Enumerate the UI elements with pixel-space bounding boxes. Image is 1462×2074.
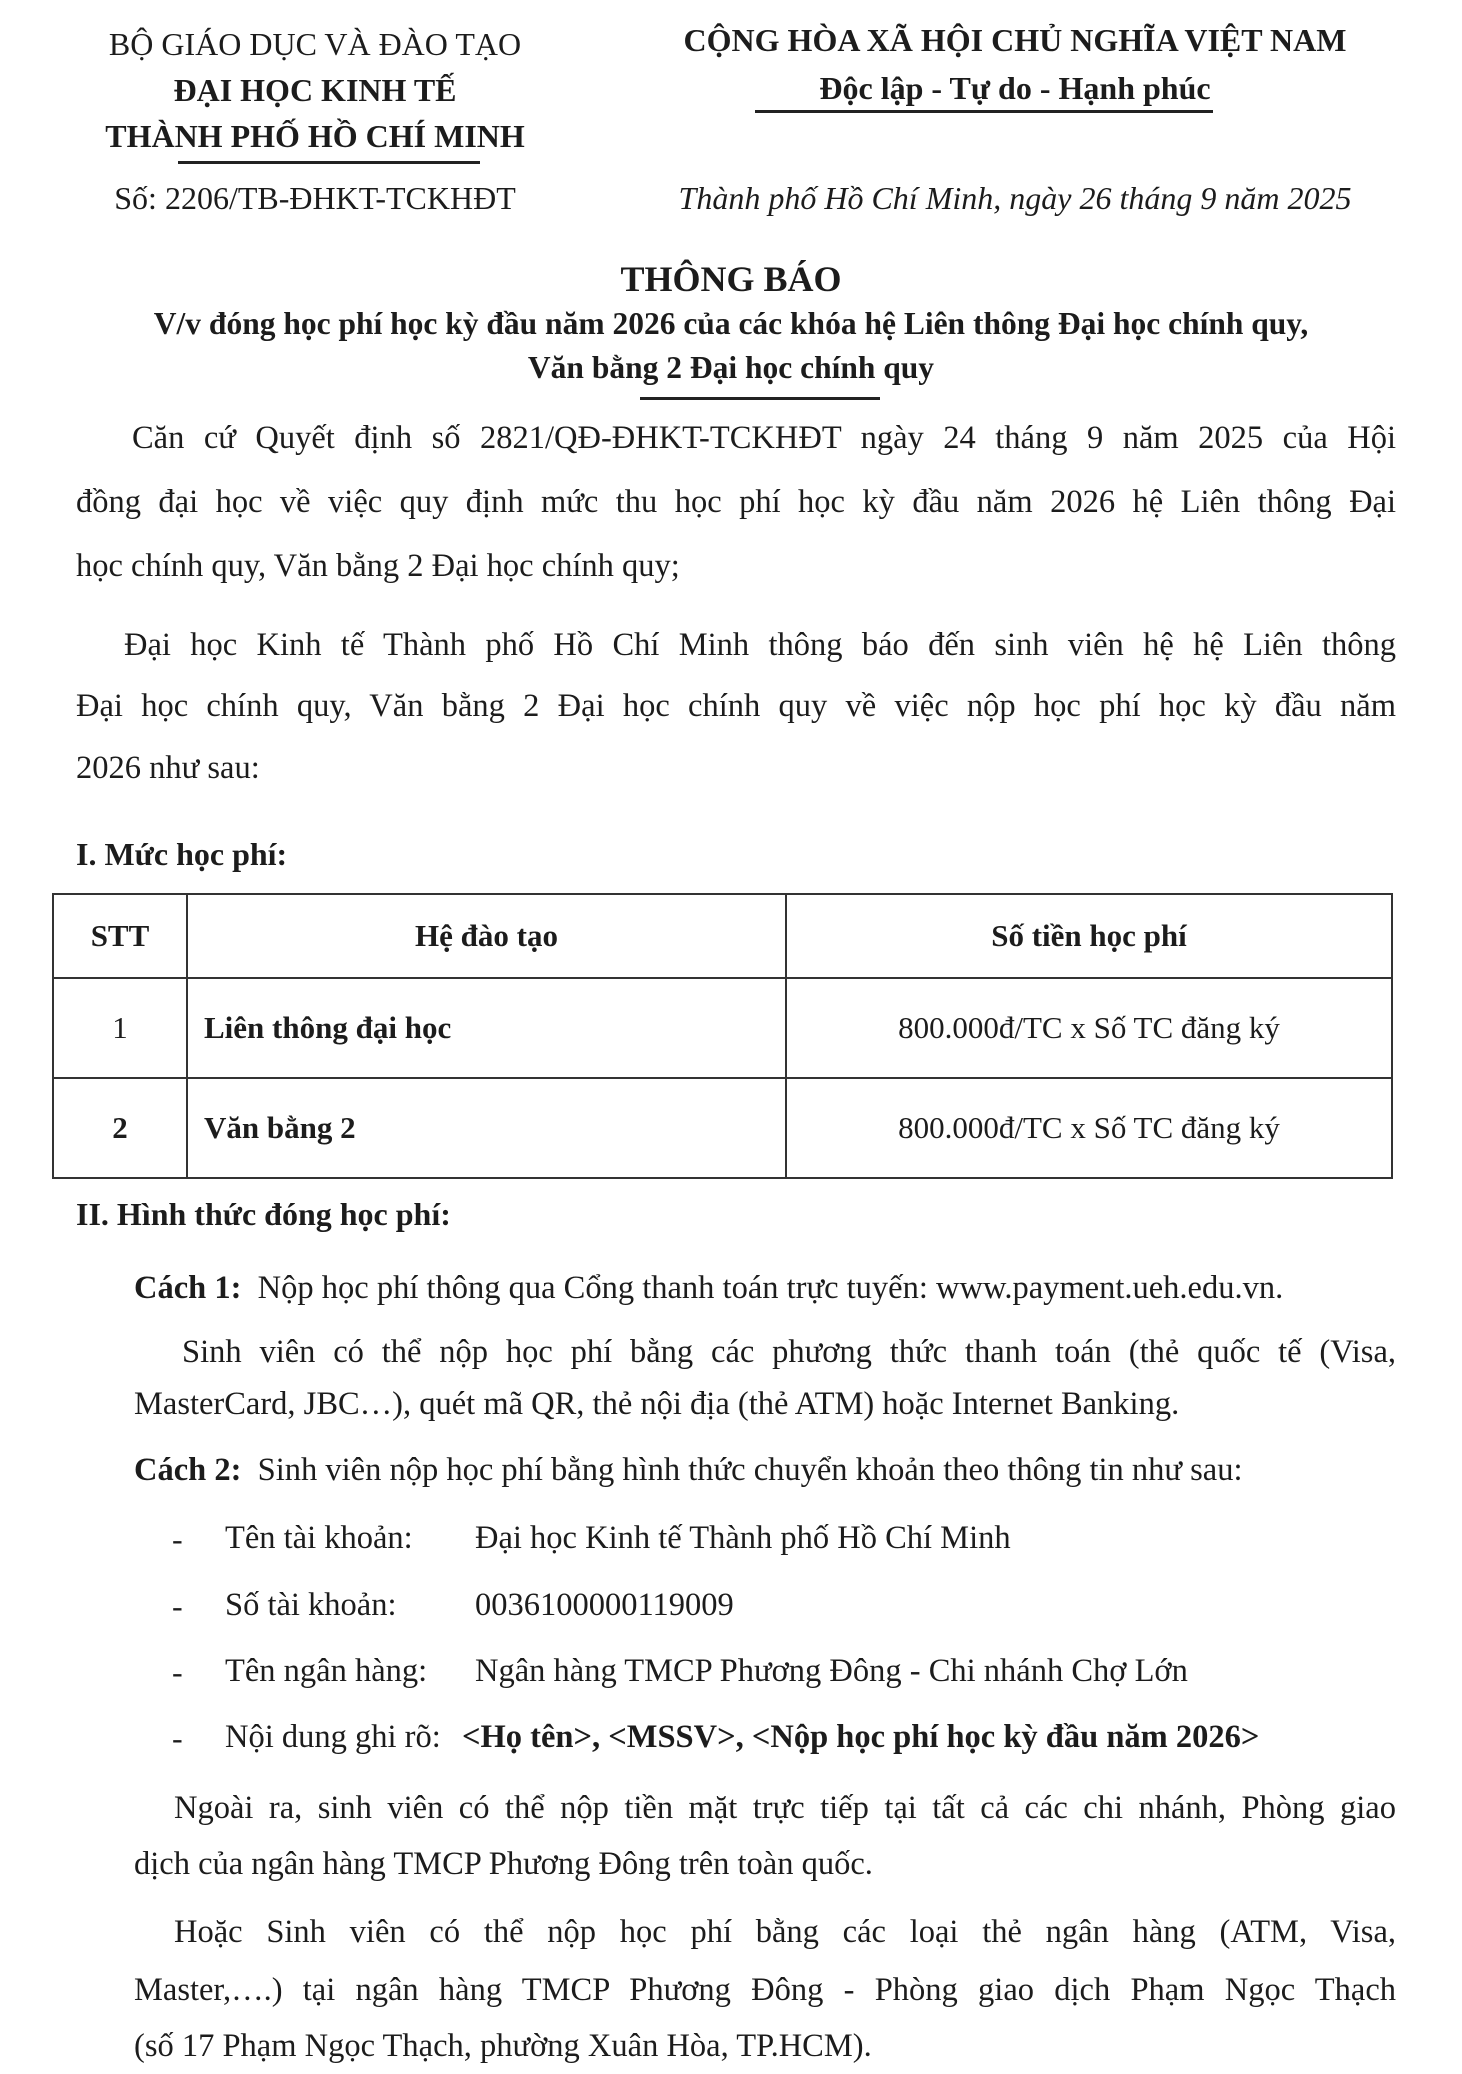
university-name-line1: ĐẠI HỌC KINH TẾ <box>40 68 590 112</box>
cash-line1: Ngoài ra, sinh viên có thể nộp tiền mặt … <box>134 1790 1396 1827</box>
method1-text: Nộp học phí thông qua Cổng thanh toán tr… <box>258 1270 1284 1306</box>
row2-program: Văn bằng 2 <box>187 1078 786 1178</box>
title-underline <box>640 397 880 400</box>
method1-label: Cách 1: <box>134 1270 241 1306</box>
table-row: 1 Liên thông đại học 800.000đ/TC x Số TC… <box>53 978 1392 1078</box>
card-line1: Hoặc Sinh viên có thể nộp học phí bằng c… <box>134 1914 1396 1951</box>
method2-label: Cách 2: <box>134 1452 241 1488</box>
row1-stt: 1 <box>53 978 187 1078</box>
section1-heading: I. Mức học phí: <box>76 836 287 873</box>
notice-subject-line2: Văn bằng 2 Đại học chính quy <box>0 350 1462 386</box>
bullet-dash: - <box>172 1720 183 1757</box>
account-name-value: Đại học Kinh tế Thành phố Hồ Chí Minh <box>475 1520 1011 1557</box>
intro-para2-line1: Đại học Kinh tế Thành phố Hồ Chí Minh th… <box>76 627 1396 664</box>
account-number-value: 0036100000119009 <box>475 1587 734 1624</box>
bullet-dash: - <box>172 1521 183 1558</box>
row1-program: Liên thông đại học <box>187 978 786 1078</box>
bullet-dash: - <box>172 1588 183 1625</box>
national-motto: Độc lập - Tự do - Hạnh phúc <box>590 66 1440 110</box>
row2-fee: 800.000đ/TC x Số TC đăng ký <box>786 1078 1392 1178</box>
method1-detail-line1: Sinh viên có thể nộp học phí bằng các ph… <box>134 1334 1396 1371</box>
table-row: 2 Văn bằng 2 800.000đ/TC x Số TC đăng ký <box>53 1078 1392 1178</box>
card-line2: Master,….) tại ngân hàng TMCP Phương Đôn… <box>134 1972 1396 2009</box>
header-left-underline <box>178 161 480 164</box>
transfer-note-label: Nội dung ghi rõ: <box>225 1719 441 1756</box>
place-and-date: Thành phố Hồ Chí Minh, ngày 26 tháng 9 n… <box>590 176 1440 220</box>
col-header-program: Hệ đào tạo <box>187 894 786 978</box>
method2: Cách 2: Sinh viên nộp học phí bằng hình … <box>134 1452 1243 1489</box>
intro-para1-line1: Căn cứ Quyết định số 2821/QĐ-ĐHKT-TCKHĐT… <box>76 420 1396 457</box>
col-header-fee: Số tiền học phí <box>786 894 1392 978</box>
col-header-stt: STT <box>53 894 187 978</box>
account-name-label: Tên tài khoản: <box>225 1520 413 1557</box>
transfer-note-value: <Họ tên>, <MSSV>, <Nộp học phí học kỳ đầ… <box>462 1719 1259 1756</box>
bullet-dash: - <box>172 1654 183 1691</box>
country-name: CỘNG HÒA XÃ HỘI CHỦ NGHĨA VIỆT NAM <box>590 18 1440 62</box>
fee-table-header-row: STT Hệ đào tạo Số tiền học phí <box>53 894 1392 978</box>
header-right-underline <box>755 110 1213 113</box>
notice-subject-line1: V/v đóng học phí học kỳ đầu năm 2026 của… <box>0 306 1462 342</box>
method1: Cách 1: Nộp học phí thông qua Cổng thanh… <box>134 1270 1283 1307</box>
intro-para2-line2: Đại học chính quy, Văn bằng 2 Đại học ch… <box>76 688 1396 725</box>
bank-name-label: Tên ngân hàng: <box>225 1653 427 1690</box>
row1-fee: 800.000đ/TC x Số TC đăng ký <box>786 978 1392 1078</box>
method1-detail-line2: MasterCard, JBC…), quét mã QR, thẻ nội đ… <box>134 1386 1179 1423</box>
intro-para1-line3: học chính quy, Văn bằng 2 Đại học chính … <box>76 548 680 585</box>
ministry-name: BỘ GIÁO DỤC VÀ ĐÀO TẠO <box>40 22 590 66</box>
row2-stt: 2 <box>53 1078 187 1178</box>
bank-name-value: Ngân hàng TMCP Phương Đông - Chi nhánh C… <box>475 1653 1188 1690</box>
intro-para1-line2: đồng đại học về việc quy định mức thu họ… <box>76 484 1396 521</box>
document-number: Số: 2206/TB-ĐHKT-TCKHĐT <box>40 176 590 220</box>
section2-heading: II. Hình thức đóng học phí: <box>76 1196 451 1233</box>
fee-table: STT Hệ đào tạo Số tiền học phí 1 Liên th… <box>52 893 1393 1179</box>
method2-text: Sinh viên nộp học phí bằng hình thức chu… <box>258 1452 1243 1488</box>
intro-para2-line3: 2026 như sau: <box>76 750 260 787</box>
account-number-label: Số tài khoản: <box>225 1587 397 1624</box>
cash-line2: dịch của ngân hàng TMCP Phương Đông trên… <box>134 1846 873 1883</box>
university-name-line2: THÀNH PHỐ HỒ CHÍ MINH <box>40 114 590 158</box>
notice-title: THÔNG BÁO <box>0 258 1462 300</box>
card-line3: (số 17 Phạm Ngọc Thạch, phường Xuân Hòa,… <box>134 2028 872 2065</box>
